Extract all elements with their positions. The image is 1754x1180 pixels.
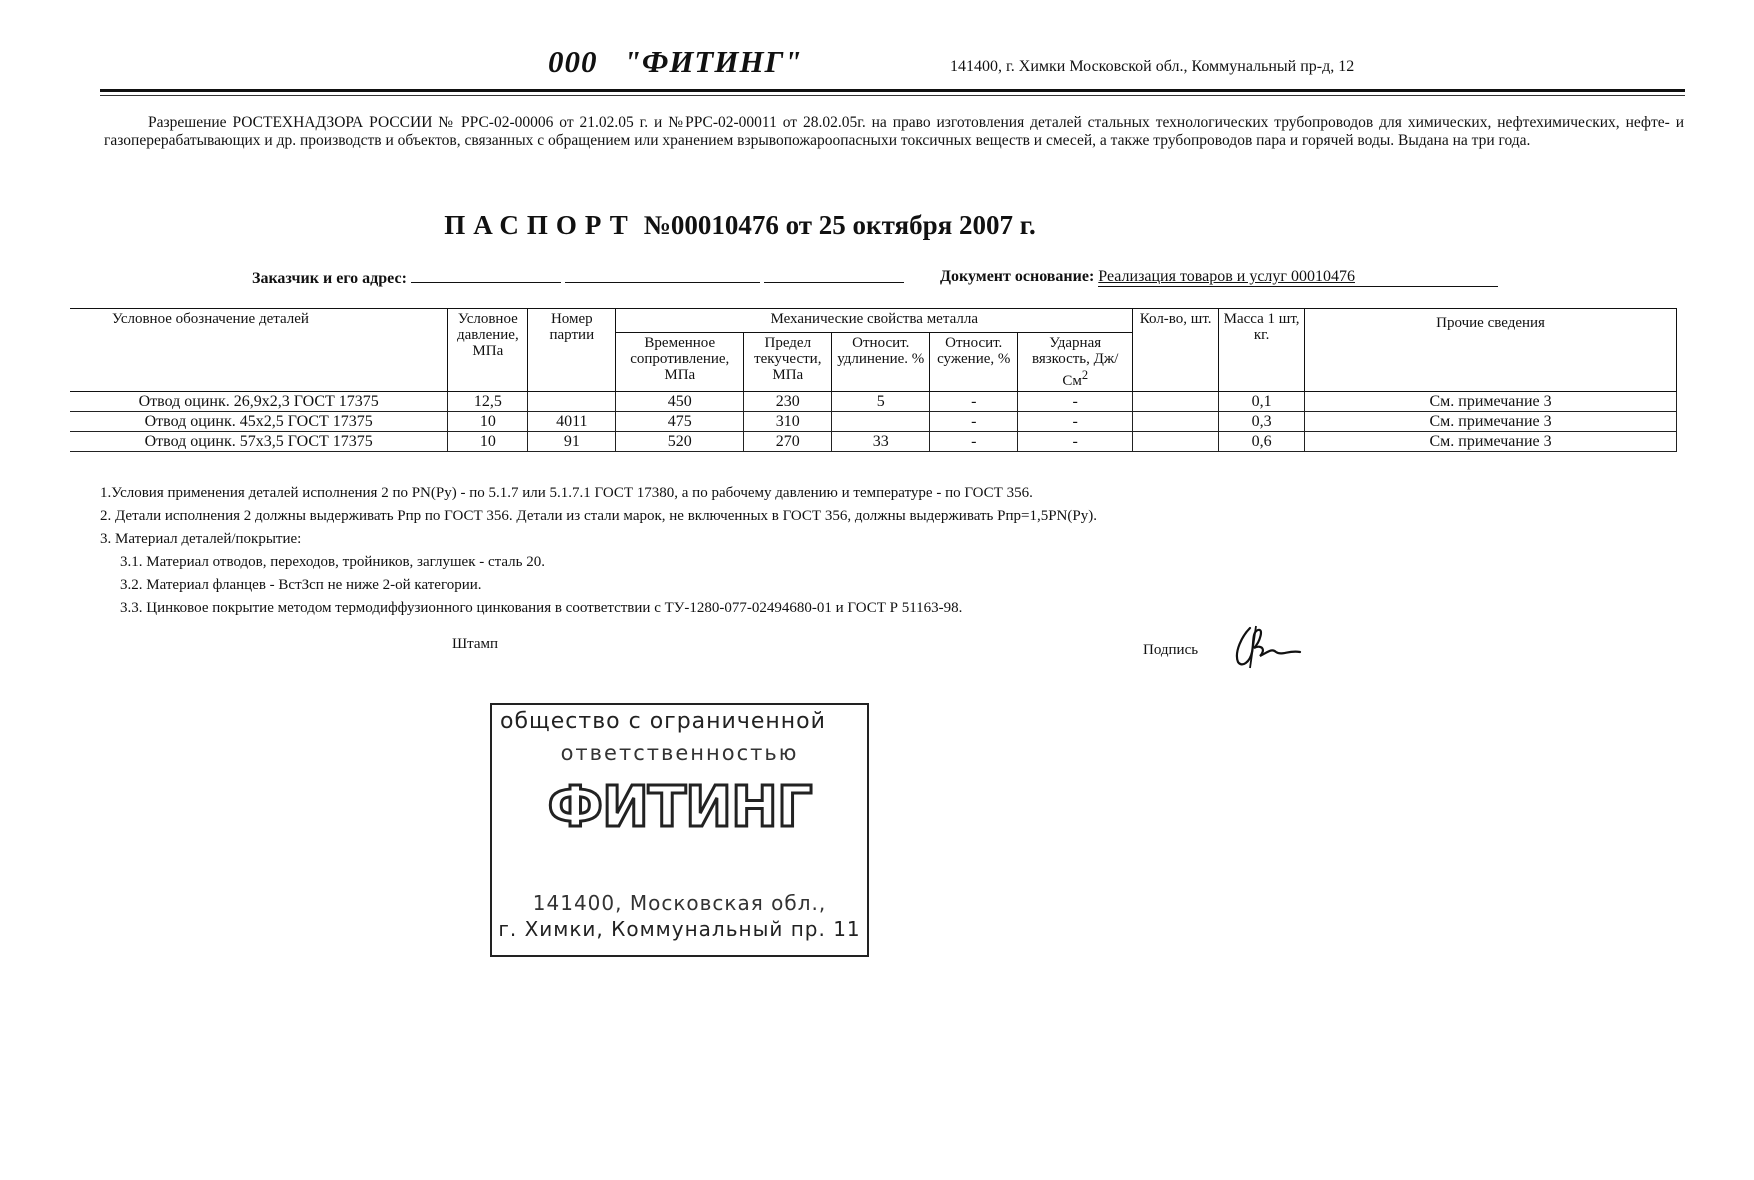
- header-divider: [100, 89, 1685, 92]
- header-mass: Масса 1 шт, кг.: [1219, 309, 1305, 392]
- cell-pressure: 12,5: [448, 392, 528, 412]
- cell-qty: [1133, 412, 1219, 432]
- note-1: 1.Условия применения деталей исполнения …: [100, 482, 1097, 505]
- header-divider-thin: [100, 95, 1685, 96]
- signature-image: [1228, 622, 1308, 677]
- cell-impact: -: [1018, 432, 1133, 452]
- cell-designation: Отвод оцинк. 45x2,5 ГОСТ 17375: [70, 412, 448, 432]
- customer-blank-2: [565, 268, 760, 283]
- cell-yield: 230: [744, 392, 832, 412]
- stamp-line-2: ответственностью: [492, 741, 867, 765]
- cell-pressure: 10: [448, 432, 528, 452]
- table-row: Отвод оцинк. 57x3,5 ГОСТ 173751091520270…: [70, 432, 1677, 452]
- cell-designation: Отвод оцинк. 57x3,5 ГОСТ 17375: [70, 432, 448, 452]
- cell-qty: [1133, 432, 1219, 452]
- header-tensile-strength: Временное сопротивление, МПа: [616, 333, 744, 392]
- header-elongation: Относит. удлинение. %: [832, 333, 930, 392]
- note-3: 3. Материал деталей/покрытие:: [100, 528, 1097, 551]
- cell-batch: [528, 392, 616, 412]
- header-yield-strength: Предел текучести, МПа: [744, 333, 832, 392]
- header-quantity: Кол-во, шт.: [1133, 309, 1219, 392]
- stamp-line-3: 141400, Московская обл.,: [492, 891, 867, 915]
- header-pressure: Условное давление, МПа: [448, 309, 528, 392]
- table-row: Отвод оцинк. 26,9x2,3 ГОСТ 1737512,54502…: [70, 392, 1677, 412]
- header-mechanical-properties: Механические свойства металла: [616, 309, 1133, 333]
- cell-tensile: 475: [616, 412, 744, 432]
- note-3-3: 3.3. Цинковое покрытие методом термодифф…: [100, 597, 1097, 620]
- header-contraction: Относит. сужение, %: [930, 333, 1018, 392]
- cell-tensile: 520: [616, 432, 744, 452]
- cell-yield: 310: [744, 412, 832, 432]
- table-row: Отвод оцинк. 45x2,5 ГОСТ 173751040114753…: [70, 412, 1677, 432]
- company-stamp: общество с ограниченной ответственностью…: [490, 703, 869, 957]
- cell-yield: 270: [744, 432, 832, 452]
- stamp-logo: ФИТИНГ: [492, 775, 867, 840]
- signature-label: Подпись: [1143, 642, 1198, 659]
- customer-blank-1: [411, 268, 561, 283]
- cell-other: См. примечание 3: [1305, 432, 1677, 452]
- passport-title: ПАСПОРТ№00010476 от 25 октября 2007 г.: [0, 210, 1480, 241]
- permit-statement: Разрешение РОСТЕХНАДЗОРА РОССИИ № РРС-02…: [104, 114, 1684, 149]
- document-basis-value: Реализация товаров и услуг 00010476: [1098, 268, 1498, 287]
- company-name: 000 "ФИТИНГ": [548, 44, 803, 80]
- cell-contraction: -: [930, 432, 1018, 452]
- cell-contraction: -: [930, 412, 1018, 432]
- parts-table-body: Отвод оцинк. 26,9x2,3 ГОСТ 1737512,54502…: [70, 392, 1677, 452]
- cell-qty: [1133, 392, 1219, 412]
- customer-label: Заказчик и его адрес:: [252, 270, 407, 287]
- note-3-1: 3.1. Материал отводов, переходов, тройни…: [100, 551, 1097, 574]
- passport-word: ПАСПОРТ: [444, 210, 636, 240]
- header-designation: Условное обозначение деталей: [70, 309, 448, 392]
- cell-mass: 0,3: [1219, 412, 1305, 432]
- cell-contraction: -: [930, 392, 1018, 412]
- cell-pressure: 10: [448, 412, 528, 432]
- cell-elongation: [832, 412, 930, 432]
- cell-other: См. примечание 3: [1305, 412, 1677, 432]
- stamp-label: Штамп: [452, 636, 498, 653]
- company-address: 141400, г. Химки Московской обл., Коммун…: [950, 58, 1354, 76]
- cell-elongation: 5: [832, 392, 930, 412]
- cell-batch: 91: [528, 432, 616, 452]
- header-other-info: Прочие сведения: [1305, 309, 1677, 392]
- cell-elongation: 33: [832, 432, 930, 452]
- cell-designation: Отвод оцинк. 26,9x2,3 ГОСТ 17375: [70, 392, 448, 412]
- notes: 1.Условия применения деталей исполнения …: [100, 482, 1097, 620]
- cell-mass: 0,1: [1219, 392, 1305, 412]
- document-basis-label: Документ основание:: [940, 268, 1094, 285]
- cell-other: См. примечание 3: [1305, 392, 1677, 412]
- stamp-line-1: общество с ограниченной: [500, 709, 826, 734]
- cell-batch: 4011: [528, 412, 616, 432]
- cell-tensile: 450: [616, 392, 744, 412]
- cell-mass: 0,6: [1219, 432, 1305, 452]
- header-batch: Номер партии: [528, 309, 616, 392]
- cell-impact: -: [1018, 412, 1133, 432]
- passport-number-date: №00010476 от 25 октября 2007 г.: [644, 210, 1036, 240]
- customer-field: Заказчик и его адрес:: [252, 268, 904, 288]
- header-impact-strength: Ударная вязкость, Дж/См2: [1018, 333, 1133, 392]
- note-2: 2. Детали исполнения 2 должны выдерживат…: [100, 505, 1097, 528]
- stamp-line-4: г. Химки, Коммунальный пр. 11: [492, 917, 867, 941]
- document-basis: Документ основание: Реализация товаров и…: [940, 268, 1498, 287]
- cell-impact: -: [1018, 392, 1133, 412]
- customer-blank-3: [764, 268, 904, 283]
- parts-table: Условное обозначение деталей Условное да…: [70, 308, 1677, 452]
- note-3-2: 3.2. Материал фланцев - ВстЗсп не ниже 2…: [100, 574, 1097, 597]
